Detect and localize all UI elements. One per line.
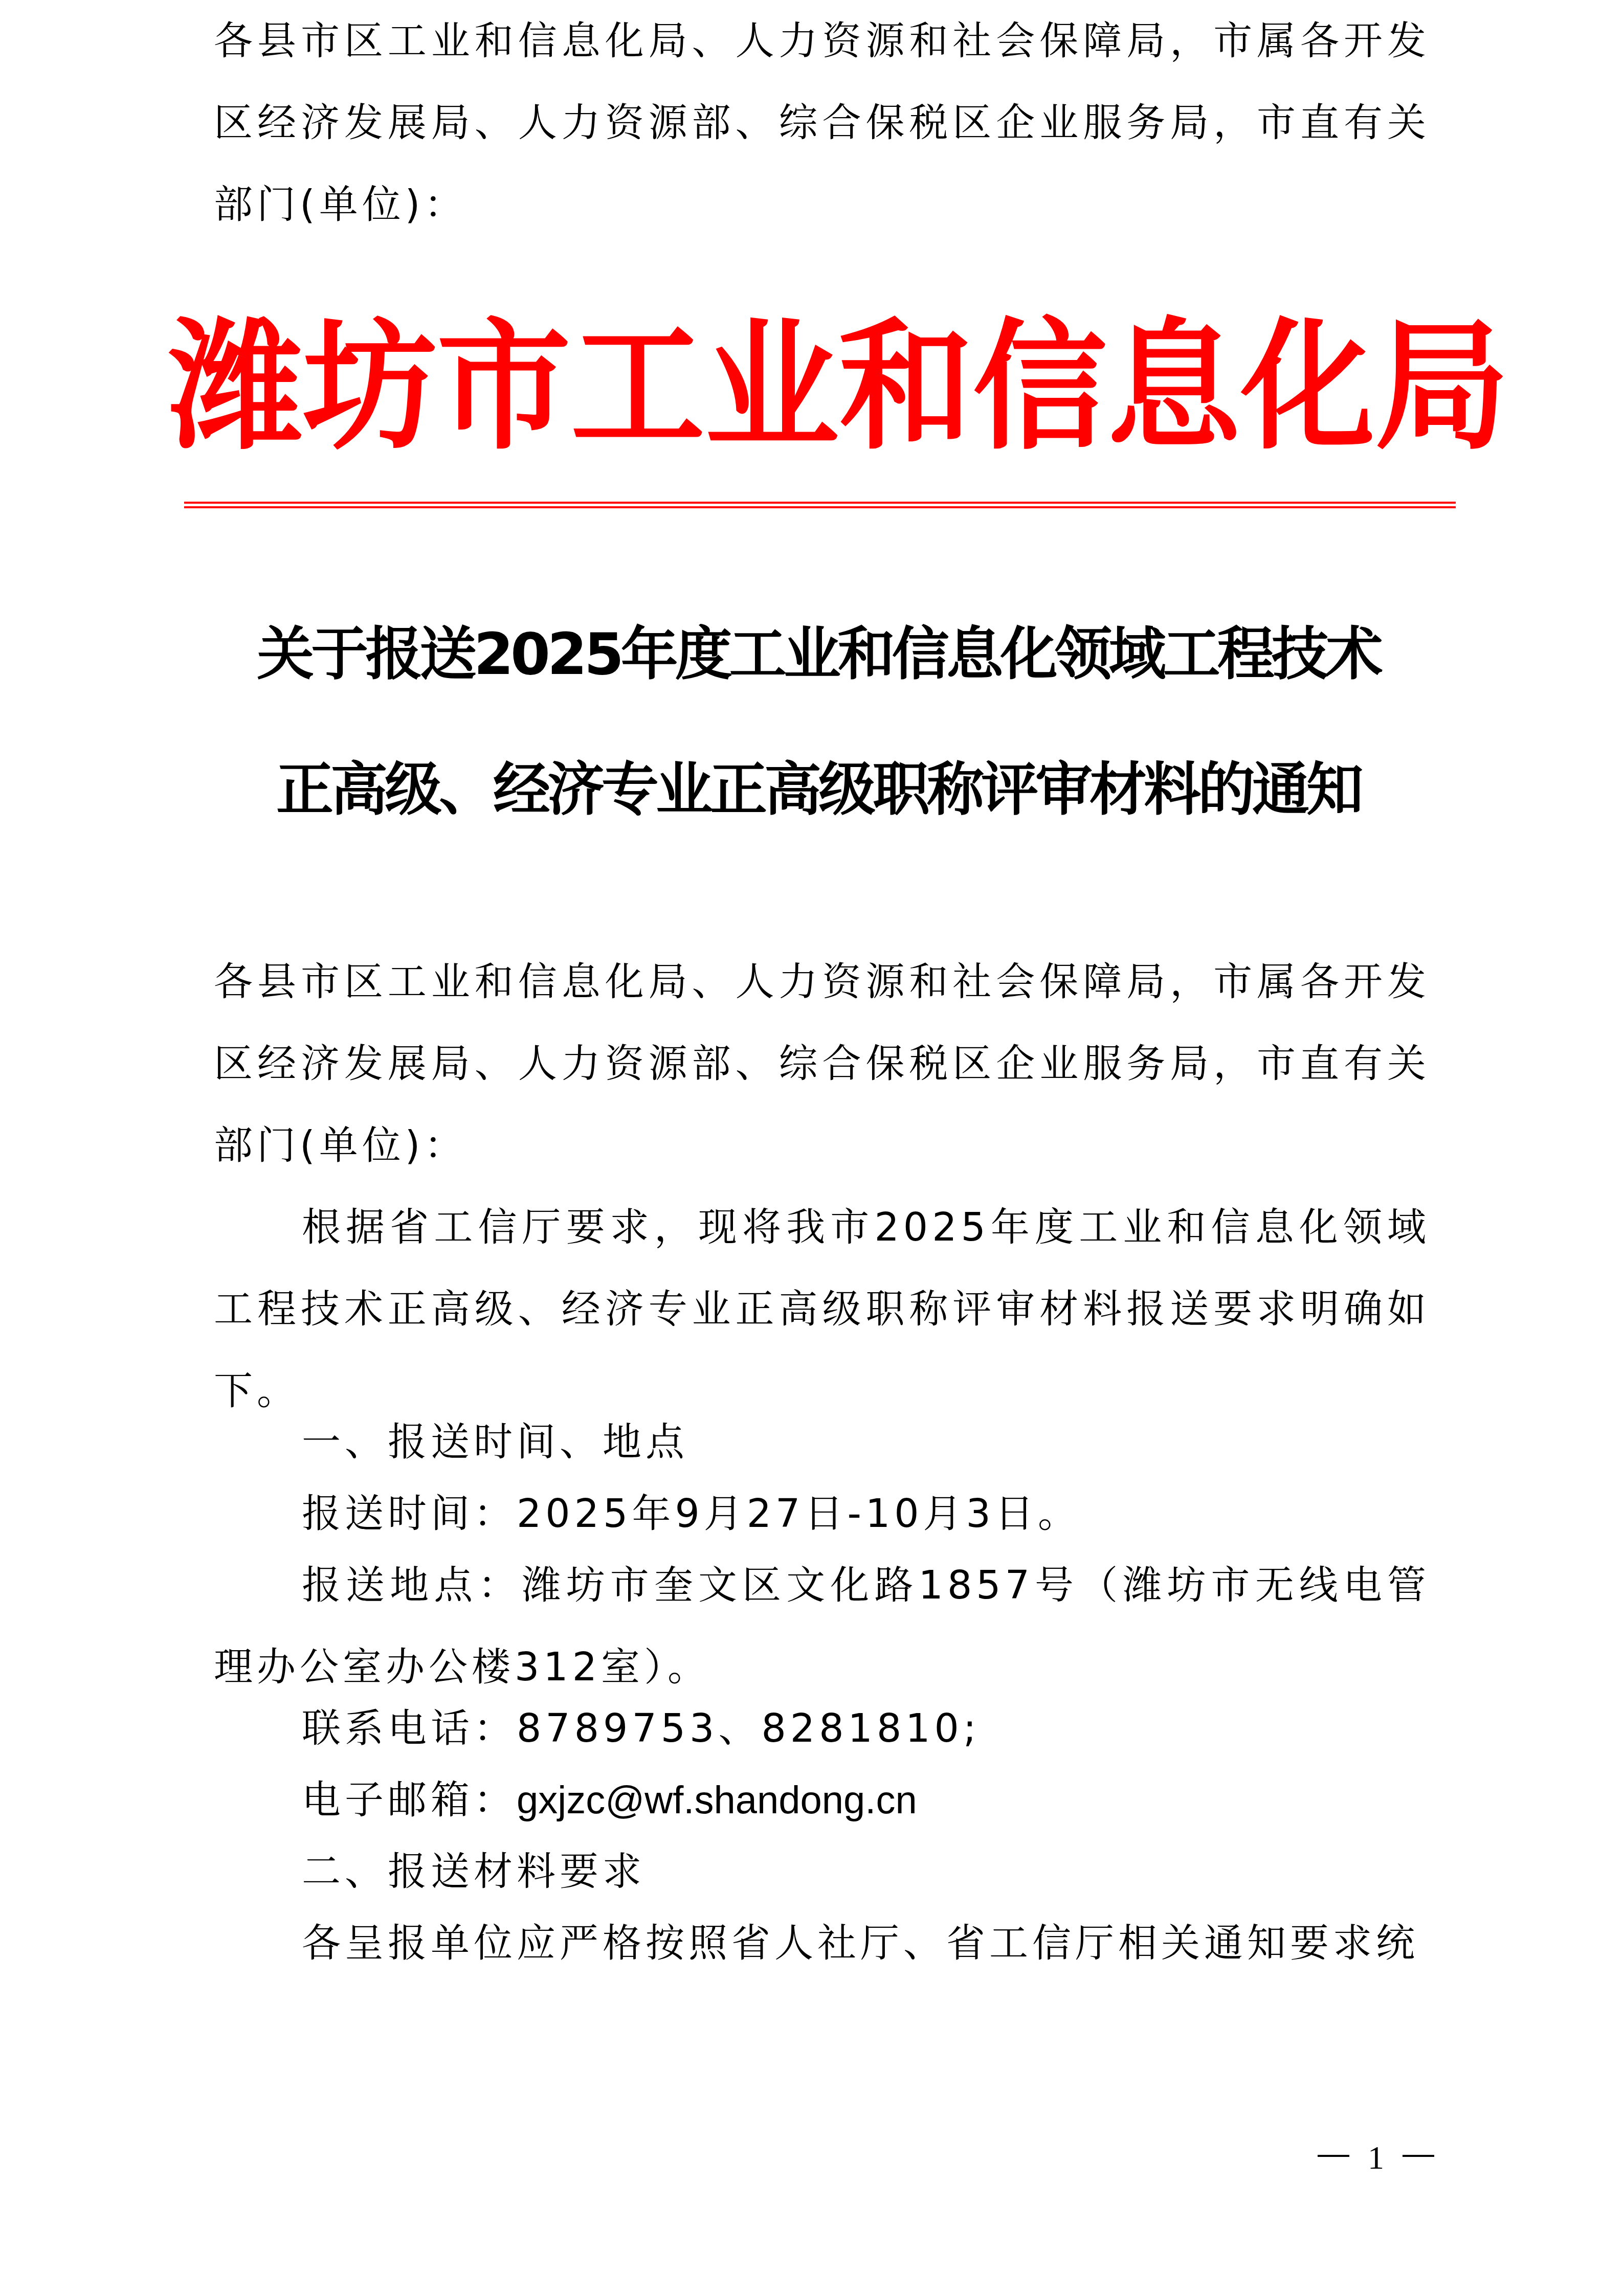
submission-time-line: 报送时间：2025年9月27日-10月3日。 xyxy=(214,1473,1430,1555)
document-page: 潍坊市工业和信息化局 关于报送2025年度工业和信息化领域工程技术 正高级、经济… xyxy=(0,0,1624,2296)
section-2-heading-text: 二、报送材料要求 xyxy=(302,1849,646,1894)
salutation-paragraph: 各县市区工业和信息化局、人力资源和社会保障局，市属各开发区经济发展局、人力资源部… xyxy=(214,0,1430,245)
submission-time-value: 2025年9月27日-10月3日。 xyxy=(517,1491,1081,1536)
section-2-heading: 二、报送材料要求 xyxy=(214,1831,1430,1912)
salutation-text: 各县市区工业和信息化局、人力资源和社会保障局，市属各开发区经济发展局、人力资源部… xyxy=(214,18,1430,227)
section-2-text: 各呈报单位应严格按照省人社厅、省工信厅相关通知要求统 xyxy=(302,1920,1419,1966)
contact-phone-line: 联系电话：8789753、8281810; xyxy=(214,1687,1430,1769)
section-1-heading: 一、报送时间、地点 xyxy=(214,1401,1430,1483)
submission-place-line: 报送地点：潍坊市奎文区文化路1857号（潍坊市无线电管理办公室办公楼312室）。 xyxy=(214,1544,1430,1708)
document-title-line-2: 正高级、经济专业正高级职称评审材料的通知 xyxy=(153,757,1483,823)
contact-phone-label: 联系电话： xyxy=(302,1705,517,1751)
contact-email-line: 电子邮箱：gxjzc@wf.shandong.cn xyxy=(214,1759,1430,1841)
contact-email-link[interactable]: gxjzc@wf.shandong.cn xyxy=(517,1779,917,1822)
salutation-paragraph-visible: 各县市区工业和信息化局、人力资源和社会保障局，市属各开发区经济发展局、人力资源部… xyxy=(214,941,1430,1186)
letterhead-red-rule-bottom xyxy=(184,506,1456,508)
section-1-heading-text: 一、报送时间、地点 xyxy=(302,1419,688,1465)
submission-time-label: 报送时间： xyxy=(302,1491,517,1536)
page-number-dash-right xyxy=(1403,2155,1434,2157)
agency-letterhead: 潍坊市工业和信息化局 xyxy=(169,298,1453,475)
section-2-paragraph: 各呈报单位应严格按照省人社厅、省工信厅相关通知要求统 xyxy=(214,1902,1430,1984)
contact-email-label: 电子邮箱： xyxy=(302,1777,517,1822)
submission-place-label: 报送地点： xyxy=(302,1562,522,1608)
page-number-dash-left xyxy=(1318,2155,1349,2157)
page-number-value: 1 xyxy=(1368,2140,1384,2176)
letterhead-red-rule-top xyxy=(184,502,1456,504)
intro-text: 根据省工信厅要求，现将我市2025年度工业和信息化领域工程技术正高级、经济专业正… xyxy=(214,1204,1430,1413)
intro-paragraph: 根据省工信厅要求，现将我市2025年度工业和信息化领域工程技术正高级、经济专业正… xyxy=(214,1186,1430,1432)
contact-phone-value: 8789753、8281810; xyxy=(517,1705,981,1751)
document-title-line-1: 关于报送2025年度工业和信息化领域工程技术 xyxy=(153,621,1483,688)
page-number: 1 xyxy=(1299,2140,1442,2176)
salutation-text-visible: 各县市区工业和信息化局、人力资源和社会保障局，市属各开发区经济发展局、人力资源部… xyxy=(214,959,1430,1168)
